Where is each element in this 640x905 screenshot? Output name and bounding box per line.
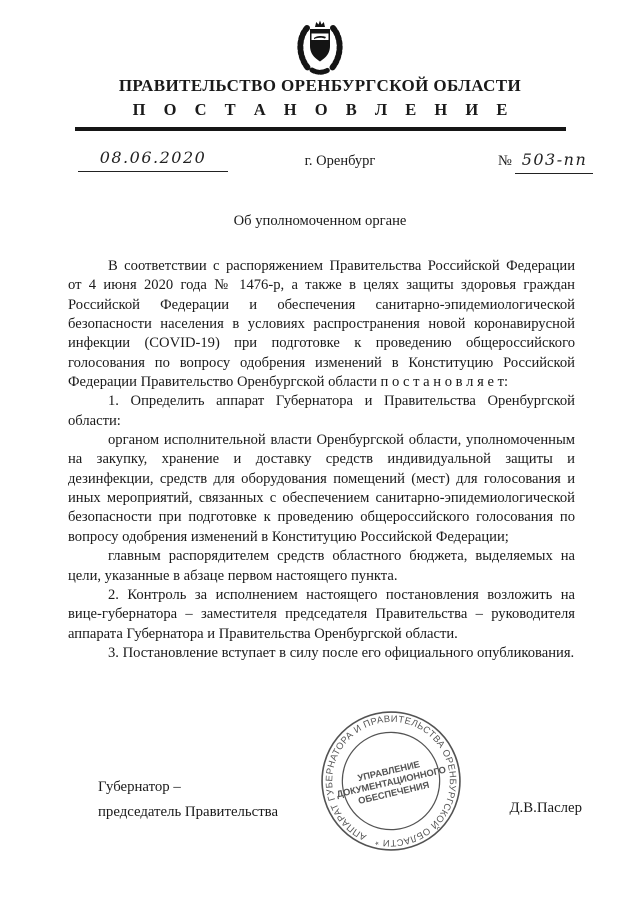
date-value: 08.06.2020 [100,148,207,167]
paragraph-item-1-sub-2: главным распорядителем средств областног… [68,547,575,586]
coat-of-arms-icon [290,18,350,76]
number-value: 503-пп [522,150,588,169]
signer-position-line2: председатель Правительства [98,800,278,825]
org-name-heading: ПРАВИТЕЛЬСТВО ОРЕНБУРГСКОЙ ОБЛАСТИ [0,76,640,96]
header-rule [75,127,566,131]
document-page: ПРАВИТЕЛЬСТВО ОРЕНБУРГСКОЙ ОБЛАСТИ П О С… [0,0,640,905]
paragraph-item-1-sub-1: органом исполнительной власти Оренбургск… [68,431,575,547]
date-field: 08.06.2020 [78,148,228,172]
number-field: № 503-пп [498,150,593,174]
stamp-center-text: УПРАВЛЕНИЕ ДОКУМЕНТАЦИОННОГО ОБЕСПЕЧЕНИЯ [333,754,449,811]
number-sign: № [498,153,512,169]
paragraph-item-2: 2. Контроль за исполнением настоящего по… [68,586,575,644]
signer-position-line1: Губернатор – [98,775,278,800]
document-body: В соответствии с распоряжением Правитель… [68,257,575,663]
paragraph-preamble: В соответствии с распоряжением Правитель… [68,257,575,392]
signer-position: Губернатор – председатель Правительства [98,775,278,825]
document-title: Об уполномоченном органе [0,213,640,230]
doc-type-heading: П О С Т А Н О В Л Е Н И Е [0,100,640,120]
signer-name: Д.В.Паслер [468,800,582,817]
paragraph-item-1: 1. Определить аппарат Губернатора и Прав… [68,392,575,431]
round-stamp: АППАРАТ ГУБЕРНАТОРА И ПРАВИТЕЛЬСТВА ОРЕН… [310,700,473,863]
paragraph-item-3: 3. Постановление вступает в силу после е… [68,644,575,663]
city-label: г. Оренбург [255,153,425,170]
